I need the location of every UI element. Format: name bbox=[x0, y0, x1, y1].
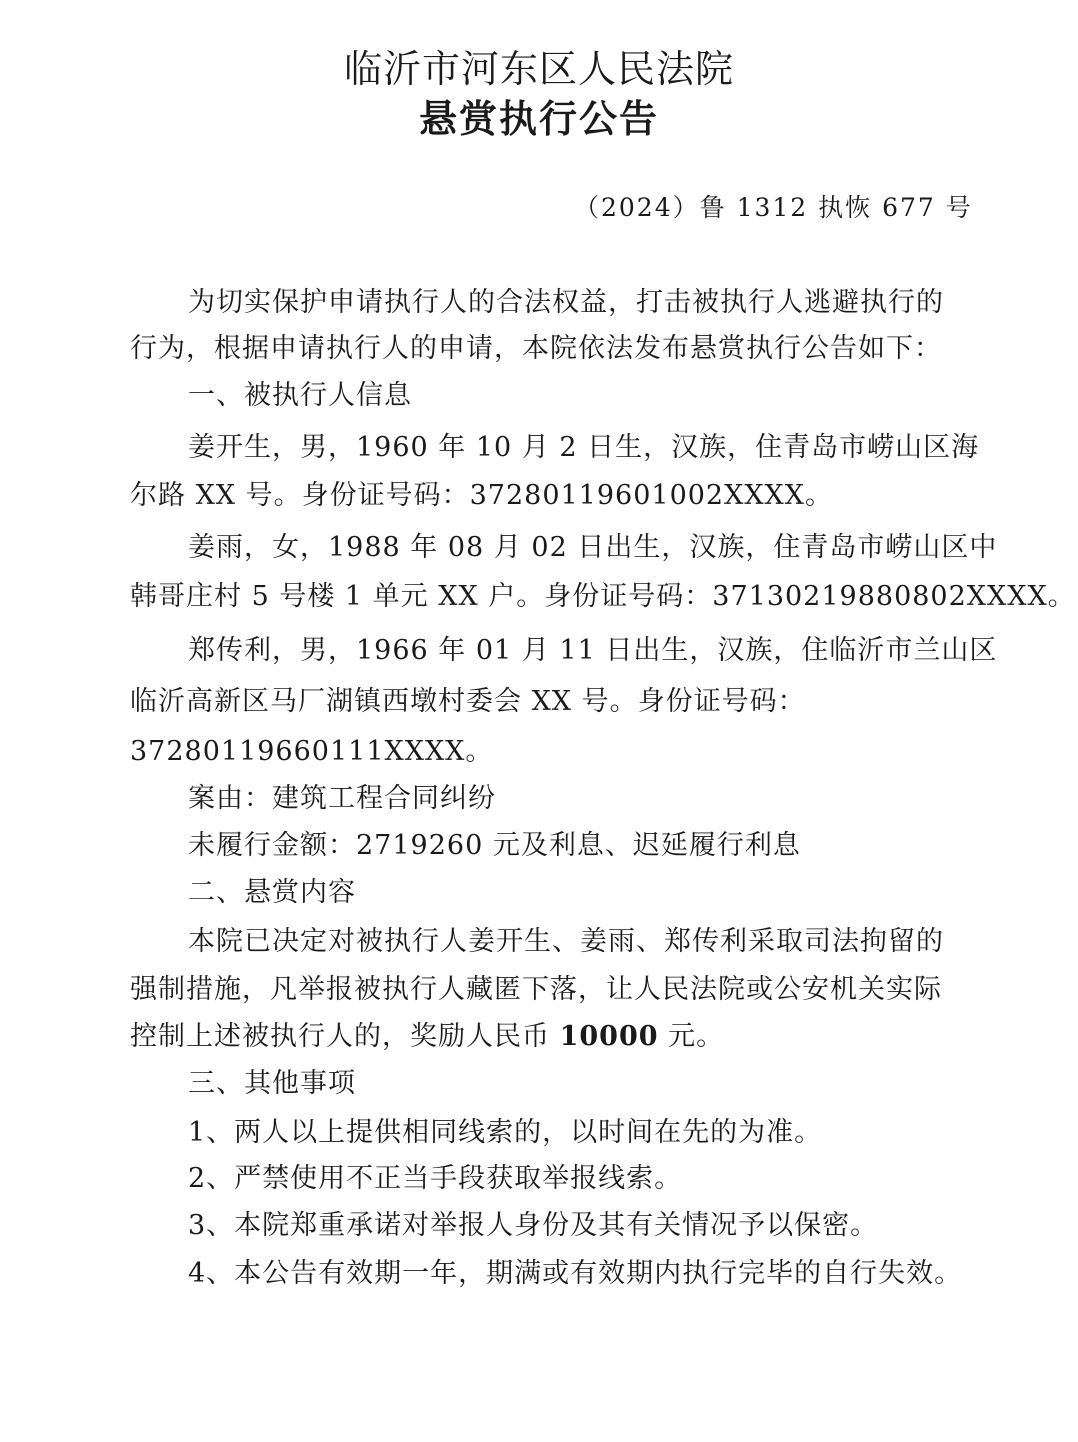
person-1-line-1: 姜开生，男，1960 年 10 月 2 日生，汉族，住青岛市崂山区海 bbox=[188, 428, 979, 468]
reward-line-2: 强制措施，凡举报被执行人藏匿下落，让人民法院或公安机关实际 bbox=[130, 970, 942, 1010]
intro-line-1: 为切实保护申请执行人的合法权益，打击被执行人逃避执行的 bbox=[188, 283, 944, 323]
person-3-line-3: 37280119660111XXXX。 bbox=[130, 732, 493, 772]
person-1-line-2: 尔路 XX 号。身份证号码：37280119601002XXXX。 bbox=[130, 476, 833, 516]
intro-line-2: 行为，根据申请执行人的申请，本院依法发布悬赏执行公告如下： bbox=[130, 329, 942, 369]
section-3-heading: 三、其他事项 bbox=[188, 1064, 356, 1104]
other-item-3: 3、本院郑重承诺对举报人身份及其有关情况予以保密。 bbox=[188, 1206, 878, 1246]
reward-line-1: 本院已决定对被执行人姜开生、姜雨、郑传利采取司法拘留的 bbox=[188, 922, 944, 962]
person-2-line-2: 韩哥庄村 5 号楼 1 单元 XX 户。身份证号码：37130219880802… bbox=[130, 577, 1076, 617]
other-item-1: 1、两人以上提供相同线索的，以时间在先的为准。 bbox=[188, 1113, 822, 1153]
document-title: 悬赏执行公告 bbox=[0, 94, 1078, 144]
section-1-heading: 一、被执行人信息 bbox=[188, 376, 412, 416]
court-name: 临沂市河东区人民法院 bbox=[0, 44, 1078, 94]
other-item-2: 2、严禁使用不正当手段获取举报线索。 bbox=[188, 1159, 682, 1199]
person-3-line-2: 临沂高新区马厂湖镇西墩村委会 XX 号。身份证号码： bbox=[130, 682, 806, 722]
section-2-heading: 二、悬赏内容 bbox=[188, 873, 356, 913]
case-cause: 案由：建筑工程合同纠纷 bbox=[188, 779, 496, 819]
reward-line-3-prefix: 控制上述被执行人的，奖励人民币 bbox=[130, 1021, 560, 1052]
person-3-line-1: 郑传利，男，1966 年 01 月 11 日出生，汉族，住临沂市兰山区 bbox=[188, 631, 997, 671]
reward-line-3-suffix: 元。 bbox=[659, 1021, 725, 1052]
unpaid-amount: 未履行金额：2719260 元及利息、迟延履行利息 bbox=[188, 826, 801, 866]
other-item-4: 4、本公告有效期一年，期满或有效期内执行完毕的自行失效。 bbox=[188, 1254, 962, 1294]
reward-line-3: 控制上述被执行人的，奖励人民币 10000 元。 bbox=[130, 1017, 724, 1057]
reward-amount: 10000 bbox=[560, 1021, 659, 1052]
person-2-line-1: 姜雨，女，1988 年 08 月 02 日出生，汉族，住青岛市崂山区中 bbox=[188, 528, 997, 568]
case-number: （2024）鲁 1312 执恢 677 号 bbox=[574, 188, 973, 228]
